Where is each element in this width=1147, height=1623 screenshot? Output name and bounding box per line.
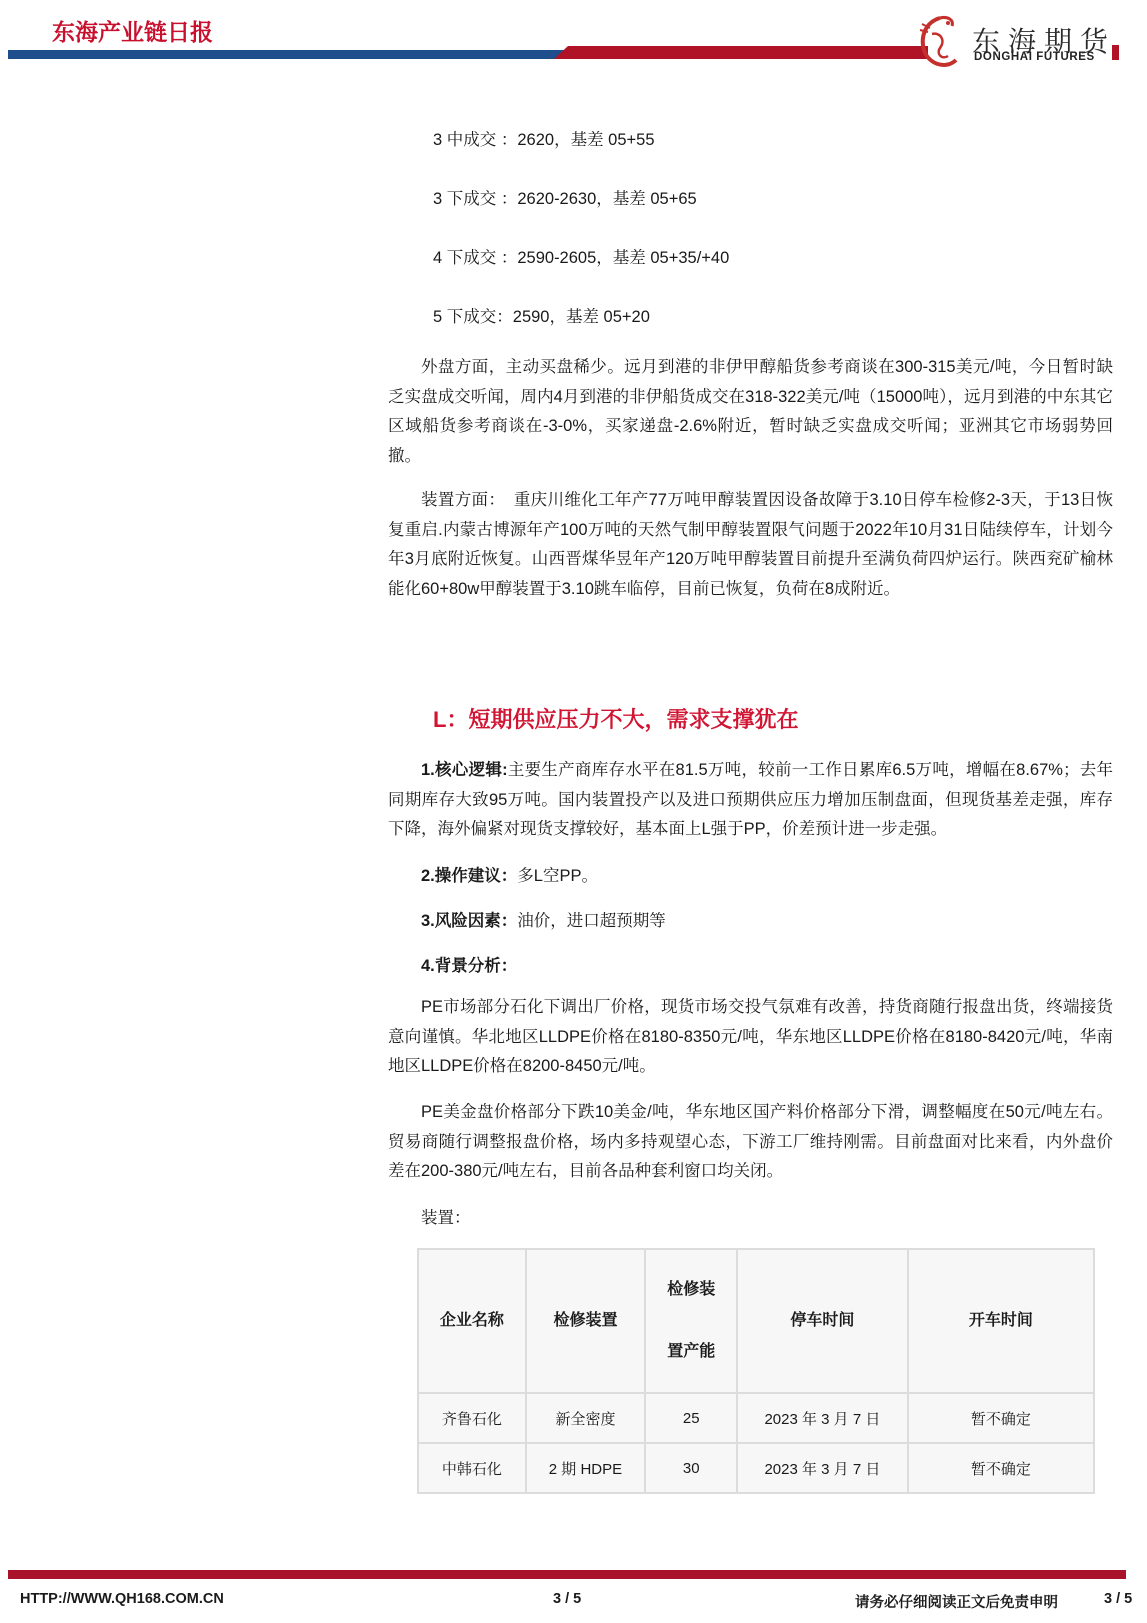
header-capacity-text: 检修装置产能 bbox=[663, 1259, 719, 1383]
background-label: 4.背景分析： bbox=[421, 957, 517, 975]
dragon-emblem-icon bbox=[918, 14, 962, 72]
header-bar-blue bbox=[8, 50, 568, 59]
advice-label: 2.操作建议： bbox=[421, 867, 517, 885]
advice-item: 2.操作建议：多L空PP。 bbox=[388, 862, 598, 886]
trade-line: 5 下成交：2590，基差 05+20 bbox=[433, 303, 650, 327]
risk-label: 3.风险因素： bbox=[421, 912, 517, 930]
logo-red-square bbox=[1112, 45, 1119, 60]
footer-url-link[interactable]: HTTP://WWW.QH168.COM.CN bbox=[20, 1591, 224, 1607]
plants-paragraph: 装置方面： 重庆川维化工年产77万吨甲醇装置因设备故障于3.10日停车检修2-3… bbox=[388, 486, 1113, 604]
core-logic-paragraph: 1.核心逻辑:主要生产商库存水平在81.5万吨，较前一工作日累库6.5万吨，增幅… bbox=[388, 756, 1113, 845]
table-header-row: 企业名称 检修装置 检修装置产能 停车时间 开车时间 bbox=[418, 1249, 1094, 1393]
cell-unit: 2 期 HDPE bbox=[526, 1443, 646, 1493]
footer-bar bbox=[8, 1570, 1126, 1579]
cell-stop-time: 2023 年 3 月 7 日 bbox=[737, 1443, 907, 1493]
advice-text: 多L空PP。 bbox=[517, 867, 598, 885]
trade-label: 5 下成交： bbox=[433, 308, 513, 326]
maintenance-table: 企业名称 检修装置 检修装置产能 停车时间 开车时间 齐鲁石化 新全密度 25 … bbox=[417, 1248, 1095, 1494]
footer-disclaimer: 请务必仔细阅读正文后免责申明 bbox=[855, 1591, 1058, 1612]
background-paragraph-1: PE市场部分石化下调出厂价格，现货市场交投气氛难有改善，持货商随行报盘出货，终端… bbox=[388, 993, 1113, 1082]
cell-company: 中韩石化 bbox=[418, 1443, 526, 1493]
trade-value: 2620，基差 05+55 bbox=[517, 131, 654, 149]
trade-value: 2590，基差 05+20 bbox=[513, 308, 650, 326]
header-bar-red bbox=[554, 46, 928, 59]
trade-line: 3 下成交 ：2620-2630，基差 05+65 bbox=[433, 185, 697, 209]
core-logic-label: 1.核心逻辑: bbox=[421, 761, 508, 779]
background-paragraph-2: PE美金盘价格部分下跌10美金/吨，华东地区国产料价格部分下滑，调整幅度在50元… bbox=[388, 1098, 1113, 1187]
header-company: 企业名称 bbox=[418, 1249, 526, 1393]
trade-value: 2620-2630，基差 05+65 bbox=[517, 190, 696, 208]
risk-item: 3.风险因素：油价，进口超预期等 bbox=[388, 907, 666, 931]
plants-label: 装置： bbox=[388, 1204, 471, 1228]
cell-company: 齐鲁石化 bbox=[418, 1393, 526, 1443]
cell-unit: 新全密度 bbox=[526, 1393, 646, 1443]
external-market-paragraph: 外盘方面，主动买盘稀少。远月到港的非伊甲醇船货参考商谈在300-315美元/吨，… bbox=[388, 353, 1113, 471]
header-unit: 检修装置 bbox=[526, 1249, 646, 1393]
cell-capacity: 30 bbox=[645, 1443, 737, 1493]
cell-start-time: 暂不确定 bbox=[908, 1393, 1094, 1443]
trade-value: 2590-2605，基差 05+35/+40 bbox=[517, 249, 729, 267]
cell-start-time: 暂不确定 bbox=[908, 1443, 1094, 1493]
table-row: 中韩石化 2 期 HDPE 30 2023 年 3 月 7 日 暂不确定 bbox=[418, 1443, 1094, 1493]
trade-label: 3 中成交 ： bbox=[433, 131, 517, 149]
footer-page-right: 3 / 5 bbox=[1104, 1591, 1132, 1607]
risk-text: 油价，进口超预期等 bbox=[517, 912, 666, 930]
header-capacity: 检修装置产能 bbox=[645, 1249, 737, 1393]
trade-label: 4 下成交 ： bbox=[433, 249, 517, 267]
report-title: 东海产业链日报 bbox=[52, 14, 213, 47]
cell-stop-time: 2023 年 3 月 7 日 bbox=[737, 1393, 907, 1443]
table-row: 齐鲁石化 新全密度 25 2023 年 3 月 7 日 暂不确定 bbox=[418, 1393, 1094, 1443]
trade-label: 3 下成交 ： bbox=[433, 190, 517, 208]
background-item: 4.背景分析： bbox=[388, 952, 517, 976]
footer-page-center: 3 / 5 bbox=[553, 1591, 581, 1607]
cell-capacity: 25 bbox=[645, 1393, 737, 1443]
logo-text-en: DONGHAI FUTURES bbox=[974, 51, 1095, 63]
header-stop-time: 停车时间 bbox=[737, 1249, 907, 1393]
trade-line: 3 中成交 ：2620，基差 05+55 bbox=[433, 126, 655, 150]
header-start-time: 开车时间 bbox=[908, 1249, 1094, 1393]
section-title-L: L：短期供应压力不大，需求支撑犹在 bbox=[433, 703, 798, 734]
trade-line: 4 下成交 ：2590-2605，基差 05+35/+40 bbox=[433, 244, 729, 268]
